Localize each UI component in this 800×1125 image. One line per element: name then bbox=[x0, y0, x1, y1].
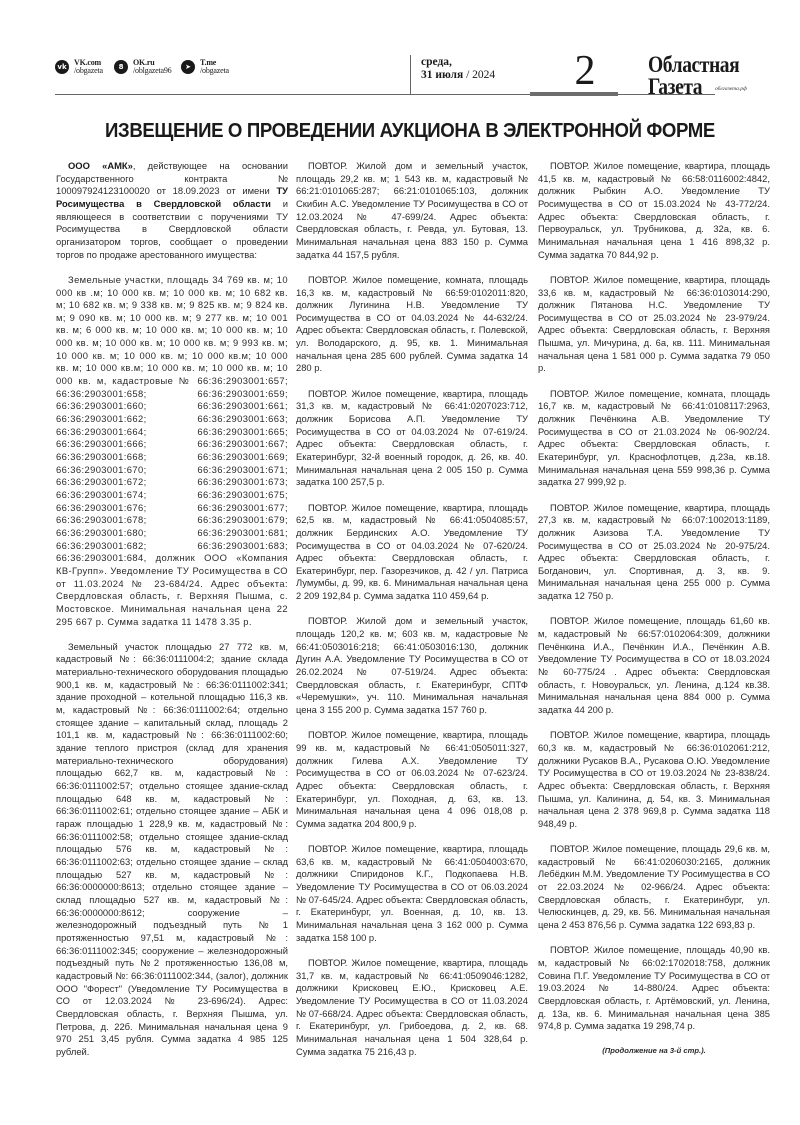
lot-paragraph: ПОВТОР. Жилой дом и земельный участок, п… bbox=[296, 160, 528, 261]
lot-paragraph: ПОВТОР. Жилое помещение, комната, площад… bbox=[538, 388, 770, 489]
lot-paragraph: ПОВТОР. Жилое помещение, квартира, площа… bbox=[296, 957, 528, 1058]
intro-paragraph: ООО «АМК», действующее на основании Госу… bbox=[56, 160, 288, 261]
lot-paragraph: ПОВТОР. Жилое помещение, комната, площад… bbox=[296, 274, 528, 375]
social-link-vk[interactable]: vk VK.com/obgazeta bbox=[55, 59, 103, 75]
issue-date: среда, 31 июля / 2024 bbox=[421, 56, 495, 82]
lot-paragraph: ПОВТОР. Жилое помещение, квартира, площа… bbox=[296, 502, 528, 603]
column-3: ПОВТОР. Жилое помещение, квартира, площа… bbox=[538, 160, 770, 1071]
social-link-ok[interactable]: 8 OK.ru/oblgazeta96 bbox=[114, 59, 171, 75]
page-header: vk VK.com/obgazeta 8 OK.ru/oblgazeta96 ➤… bbox=[55, 55, 765, 100]
lot-paragraph: ПОВТОР. Жилое помещение, квартира, площа… bbox=[296, 388, 528, 489]
newspaper-logo: Областная Газета облгазета.рф bbox=[648, 54, 755, 99]
lot-paragraph: ПОВТОР. Жилое помещение, площадь 61,60 к… bbox=[538, 615, 770, 716]
telegram-icon: ➤ bbox=[181, 60, 195, 74]
column-1: ООО «АМК», действующее на основании Госу… bbox=[56, 160, 288, 1071]
lot-paragraph: ПОВТОР. Жилое помещение, квартира, площа… bbox=[538, 274, 770, 375]
lot-paragraph: Земельный участок площадью 27 772 кв. м,… bbox=[56, 641, 288, 1059]
lot-paragraph: ПОВТОР. Жилое помещение, квартира, площа… bbox=[538, 160, 770, 261]
column-2: ПОВТОР. Жилой дом и земельный участок, п… bbox=[296, 160, 528, 1071]
lot-paragraph: Земельные участки, площадь 34 769 кв. м;… bbox=[56, 274, 288, 628]
page-number: 2 bbox=[545, 49, 625, 93]
header-divider bbox=[410, 55, 411, 94]
logo-site: облгазета.рф bbox=[715, 86, 747, 92]
lot-paragraph: ПОВТОР. Жилое помещение, квартира, площа… bbox=[538, 729, 770, 830]
ok-icon: 8 bbox=[114, 60, 128, 74]
vk-icon: vk bbox=[55, 60, 69, 74]
social-link-telegram[interactable]: ➤ T.me/obgazeta bbox=[181, 59, 229, 75]
newspaper-page: vk VK.com/obgazeta 8 OK.ru/oblgazeta96 ➤… bbox=[0, 0, 800, 1125]
page-number-bar bbox=[530, 92, 618, 96]
continuation-note: (Продолжение на 3-й стр.). bbox=[538, 1045, 770, 1058]
lot-paragraph: ПОВТОР. Жилое помещение, площадь 40,90 к… bbox=[538, 944, 770, 1033]
lot-paragraph: ПОВТОР. Жилое помещение, квартира, площа… bbox=[538, 502, 770, 603]
notice-title: ИЗВЕЩЕНИЕ О ПРОВЕДЕНИИ АУКЦИОНА В ЭЛЕКТР… bbox=[85, 120, 736, 143]
lot-paragraph: ПОВТОР. Жилое помещение, площадь 29,6 кв… bbox=[538, 843, 770, 932]
lot-paragraph: ПОВТОР. Жилой дом и земельный участок, п… bbox=[296, 615, 528, 716]
lot-paragraph: ПОВТОР. Жилое помещение, квартира, площа… bbox=[296, 843, 528, 944]
lot-paragraph: ПОВТОР. Жилое помещение, квартира, площа… bbox=[296, 729, 528, 830]
